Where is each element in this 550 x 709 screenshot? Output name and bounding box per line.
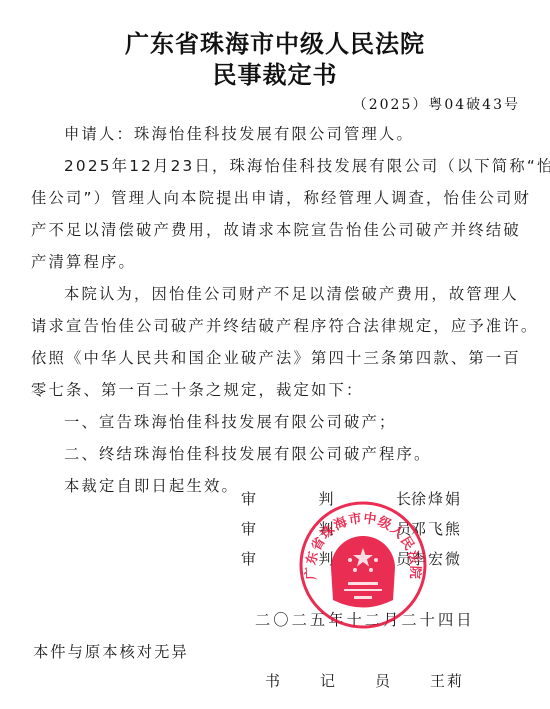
- body-line: 产清算程序。: [31, 250, 531, 272]
- applicant-line: 申请人：珠海怡佳科技发展有限公司管理人。: [64, 122, 550, 144]
- signature-judge-2: 审 判 员 李宏微: [241, 548, 471, 568]
- document-type-title: 民事裁定书: [0, 55, 550, 90]
- body-line: 零七条、第一百二十条之规定，裁定如下：: [31, 378, 531, 400]
- ruling-date: 二〇二五年十二月二十四日: [255, 608, 475, 630]
- judge-name: 邓飞熊: [411, 518, 462, 539]
- body-line: 本院认为，因怡佳公司财产不足以清偿破产费用，故管理人: [64, 282, 550, 304]
- body-line: 2025年12月23日，珠海怡佳科技发展有限公司（以下简称“怡: [64, 154, 550, 176]
- body-line: 产不足以清偿破产费用，故请求本院宣告怡佳公司破产并终结破: [31, 218, 531, 240]
- ruling-item-1: 一、宣告珠海怡佳科技发展有限公司破产；: [64, 410, 550, 432]
- certification-note: 本件与原本核对无异: [33, 640, 533, 662]
- ruling-item-2: 二、终结珠海怡佳科技发展有限公司破产程序。: [64, 442, 550, 464]
- signature-judge-1: 审 判 员 邓飞熊: [241, 518, 471, 538]
- signature-presiding-judge: 审 判 长 徐烽娟: [241, 488, 471, 508]
- court-title: 广东省珠海市中级人民法院: [0, 24, 550, 59]
- body-line: 请求宣告怡佳公司破产并终结破产程序符合法律规定，应予准许。: [31, 314, 531, 336]
- judge-name: 徐烽娟: [411, 488, 462, 509]
- case-number: （2025）粤04破43号: [353, 94, 520, 114]
- judge-name: 李宏微: [411, 548, 462, 569]
- body-line: 依照《中华人民共和国企业破产法》第四十三条第四款、第一百: [31, 346, 531, 368]
- signature-clerk: 书 记 员 王莉: [265, 670, 465, 690]
- body-line: 佳公司”）管理人向本院提出申请，称经管理人调查，怡佳公司财: [31, 186, 531, 208]
- clerk-name: 王莉: [430, 670, 464, 691]
